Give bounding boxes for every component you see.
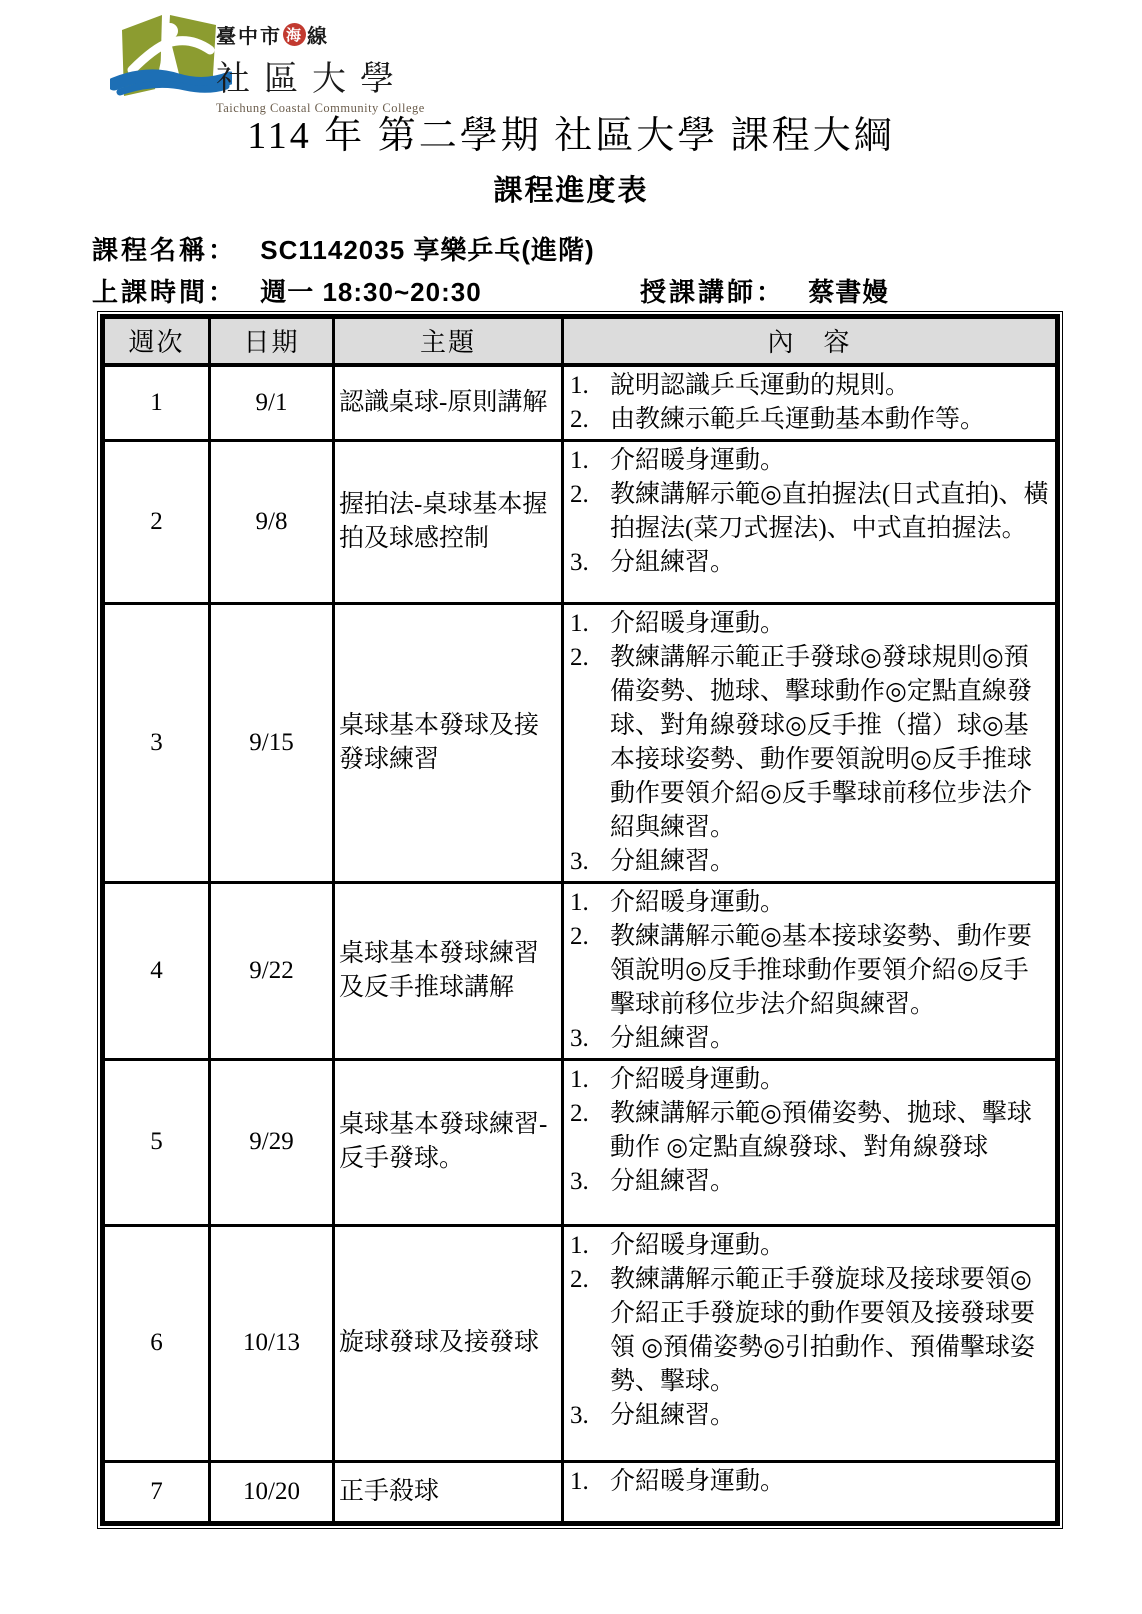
sea-seal-icon: 海 <box>283 23 306 46</box>
item-number: 1. <box>564 1465 610 1499</box>
item-number: 1. <box>564 886 610 920</box>
header-topic: 主題 <box>334 317 563 365</box>
item-text: 介紹暖身運動。 <box>610 444 1049 478</box>
course-name-label: 課程名稱： <box>92 235 237 265</box>
content-item: 2. 教練講解示範◎基本接球姿勢、動作要領說明◎反手推球動作要領介紹◎反手擊球前… <box>564 920 1049 1022</box>
table-row: 2 9/8 握拍法-桌球基本握拍及球感控制 1. 介紹暖身運動。 2. 教練講解… <box>103 440 1058 603</box>
logo-text: 臺中市 海 線 社區大學 Taichung Coastal Community … <box>216 8 425 116</box>
item-number: 2. <box>564 641 610 675</box>
header-content: 內 容 <box>563 317 1058 365</box>
content-item: 1. 介紹暖身運動。 <box>564 1063 1049 1097</box>
content-cell: 1. 介紹暖身運動。 2. 教練講解示範正手發球◎發球規則◎預備姿勢、拋球、擊球… <box>563 603 1058 882</box>
item-text: 分組練習。 <box>610 546 1049 580</box>
content-item: 3. 分組練習。 <box>564 1165 1049 1199</box>
content-item: 3. 分組練習。 <box>564 1399 1049 1433</box>
content-cell: 1. 介紹暖身運動。 2. 教練講解示範正手發旋球及接球要領◎介紹正手發旋球的動… <box>563 1225 1058 1461</box>
content-item: 1. 介紹暖身運動。 <box>564 1465 1049 1499</box>
item-text: 分組練習。 <box>610 1165 1049 1199</box>
content-item: 1. 介紹暖身運動。 <box>564 1229 1049 1263</box>
topic-cell: 桌球基本發球練習及反手推球講解 <box>334 882 563 1059</box>
item-text: 分組練習。 <box>610 1022 1049 1056</box>
table-row: 1 9/1 認識桌球-原則講解 1. 說明認識乒乓運動的規則。 2. 由教練示範… <box>103 365 1058 441</box>
date-cell: 9/22 <box>210 882 334 1059</box>
topic-cell: 旋球發球及接發球 <box>334 1225 563 1461</box>
item-text: 介紹暖身運動。 <box>610 607 1049 641</box>
course-time-line: 上課時間： 週一 18:30~20:30 授課講師： 蔡書嫚 <box>92 272 1092 309</box>
item-number: 3. <box>564 1165 610 1199</box>
item-text: 分組練習。 <box>610 845 1049 879</box>
table-row: 6 10/13 旋球發球及接發球 1. 介紹暖身運動。 2. 教練講解示範正手發… <box>103 1225 1058 1461</box>
table-header-row: 週次 日期 主題 內 容 <box>103 317 1058 365</box>
date-cell: 9/1 <box>210 365 334 441</box>
table-row: 3 9/15 桌球基本發球及接發球練習 1. 介紹暖身運動。 2. 教練講解示範… <box>103 603 1058 882</box>
table-row: 7 10/20 正手殺球 1. 介紹暖身運動。 <box>103 1461 1058 1523</box>
week-cell: 1 <box>103 365 210 441</box>
item-text: 介紹暖身運動。 <box>610 1063 1049 1097</box>
teacher-label: 授課講師： <box>640 277 785 307</box>
header-week: 週次 <box>103 317 210 365</box>
item-text: 介紹暖身運動。 <box>610 1465 1049 1499</box>
content-item: 3. 分組練習。 <box>564 546 1049 580</box>
item-text: 教練講解示範◎預備姿勢、拋球、擊球動作 ◎定點直線發球、對角線發球 <box>610 1097 1049 1165</box>
week-cell: 2 <box>103 440 210 603</box>
class-time-label: 上課時間： <box>92 277 237 307</box>
seal-character: 海 <box>286 24 303 45</box>
table-row: 4 9/22 桌球基本發球練習及反手推球講解 1. 介紹暖身運動。 2. 教練講… <box>103 882 1058 1059</box>
item-text: 分組練習。 <box>610 1399 1049 1433</box>
header-date: 日期 <box>210 317 334 365</box>
item-text: 說明認識乒乓運動的規則。 <box>610 369 1049 403</box>
item-number: 3. <box>564 546 610 580</box>
topic-cell: 桌球基本發球及接發球練習 <box>334 603 563 882</box>
content-cell: 1. 介紹暖身運動。 2. 教練講解示範◎基本接球姿勢、動作要領說明◎反手推球動… <box>563 882 1058 1059</box>
topic-cell: 握拍法-桌球基本握拍及球感控制 <box>334 440 563 603</box>
content-item: 1. 介紹暖身運動。 <box>564 886 1049 920</box>
week-cell: 6 <box>103 1225 210 1461</box>
date-cell: 10/13 <box>210 1225 334 1461</box>
content-item: 1. 說明認識乒乓運動的規則。 <box>564 369 1049 403</box>
item-number: 3. <box>564 845 610 879</box>
topic-cell: 認識桌球-原則講解 <box>334 365 563 441</box>
item-number: 2. <box>564 1263 610 1297</box>
content-cell: 1. 說明認識乒乓運動的規則。 2. 由教練示範乒乓運動基本動作等。 <box>563 365 1058 441</box>
table-row: 5 9/29 桌球基本發球練習-反手發球。 1. 介紹暖身運動。 2. 教練講解… <box>103 1059 1058 1225</box>
item-number: 2. <box>564 478 610 512</box>
item-text: 由教練示範乒乓運動基本動作等。 <box>610 403 1049 437</box>
logo-line-text: 線 <box>307 20 329 49</box>
item-number: 1. <box>564 607 610 641</box>
content-item: 2. 教練講解示範◎直拍握法(日式直拍)、橫拍握法(菜刀式握法)、中式直拍握法。 <box>564 478 1049 546</box>
item-number: 3. <box>564 1022 610 1056</box>
page-subtitle: 課程進度表 <box>0 168 1142 209</box>
course-name-value: SC1142035 享樂乒乓(進階) <box>260 235 594 265</box>
week-cell: 3 <box>103 603 210 882</box>
item-text: 教練講解示範◎直拍握法(日式直拍)、橫拍握法(菜刀式握法)、中式直拍握法。 <box>610 478 1049 546</box>
topic-cell: 正手殺球 <box>334 1461 563 1523</box>
content-item: 3. 分組練習。 <box>564 1022 1049 1056</box>
item-text: 介紹暖身運動。 <box>610 886 1049 920</box>
content-item: 2. 教練講解示範◎預備姿勢、拋球、擊球動作 ◎定點直線發球、對角線發球 <box>564 1097 1049 1165</box>
item-number: 1. <box>564 1229 610 1263</box>
date-cell: 9/8 <box>210 440 334 603</box>
teacher-group: 授課講師： 蔡書嫚 <box>640 272 889 309</box>
item-number: 3. <box>564 1399 610 1433</box>
week-cell: 4 <box>103 882 210 1059</box>
date-cell: 10/20 <box>210 1461 334 1523</box>
item-number: 2. <box>564 403 610 437</box>
content-item: 2. 由教練示範乒乓運動基本動作等。 <box>564 403 1049 437</box>
content-item: 2. 教練講解示範正手發旋球及接球要領◎介紹正手發旋球的動作要領及接發球要領 ◎… <box>564 1263 1049 1399</box>
item-text: 教練講解示範正手發旋球及接球要領◎介紹正手發旋球的動作要領及接發球要領 ◎預備姿… <box>610 1263 1049 1399</box>
course-schedule-table: 週次 日期 主題 內 容 1 9/1 認識桌球-原則講解 1. 說明認識乒乓運動… <box>100 314 1060 1526</box>
class-time-value: 週一 18:30~20:30 <box>260 277 481 307</box>
content-cell: 1. 介紹暖身運動。 2. 教練講解示範◎預備姿勢、拋球、擊球動作 ◎定點直線發… <box>563 1059 1058 1225</box>
book-figure-icon <box>110 8 232 106</box>
item-text: 介紹暖身運動。 <box>610 1229 1049 1263</box>
teacher-value: 蔡書嫚 <box>808 277 889 307</box>
course-name-line: 課程名稱： SC1142035 享樂乒乓(進階) <box>92 230 595 267</box>
item-number: 1. <box>564 369 610 403</box>
logo-college-name: 社區大學 <box>216 51 425 100</box>
logo-city-text: 臺中市 <box>216 20 282 49</box>
week-cell: 7 <box>103 1461 210 1523</box>
item-number: 2. <box>564 1097 610 1131</box>
item-text: 教練講解示範◎基本接球姿勢、動作要領說明◎反手推球動作要領介紹◎反手擊球前移位步… <box>610 920 1049 1022</box>
logo-region-name: 臺中市 海 線 <box>216 20 425 49</box>
content-item: 1. 介紹暖身運動。 <box>564 444 1049 478</box>
content-item: 1. 介紹暖身運動。 <box>564 607 1049 641</box>
content-cell: 1. 介紹暖身運動。 2. 教練講解示範◎直拍握法(日式直拍)、橫拍握法(菜刀式… <box>563 440 1058 603</box>
week-cell: 5 <box>103 1059 210 1225</box>
item-text: 教練講解示範正手發球◎發球規則◎預備姿勢、拋球、擊球動作◎定點直線發球、對角線發… <box>610 641 1049 845</box>
content-cell: 1. 介紹暖身運動。 <box>563 1461 1058 1523</box>
date-cell: 9/29 <box>210 1059 334 1225</box>
content-item: 2. 教練講解示範正手發球◎發球規則◎預備姿勢、拋球、擊球動作◎定點直線發球、對… <box>564 641 1049 845</box>
item-number: 1. <box>564 1063 610 1097</box>
college-logo: 臺中市 海 線 社區大學 Taichung Coastal Community … <box>110 8 425 116</box>
item-number: 1. <box>564 444 610 478</box>
topic-cell: 桌球基本發球練習-反手發球。 <box>334 1059 563 1225</box>
item-number: 2. <box>564 920 610 954</box>
date-cell: 9/15 <box>210 603 334 882</box>
content-item: 3. 分組練習。 <box>564 845 1049 879</box>
page-title: 114 年 第二學期 社區大學 課程大綱 <box>0 104 1142 159</box>
